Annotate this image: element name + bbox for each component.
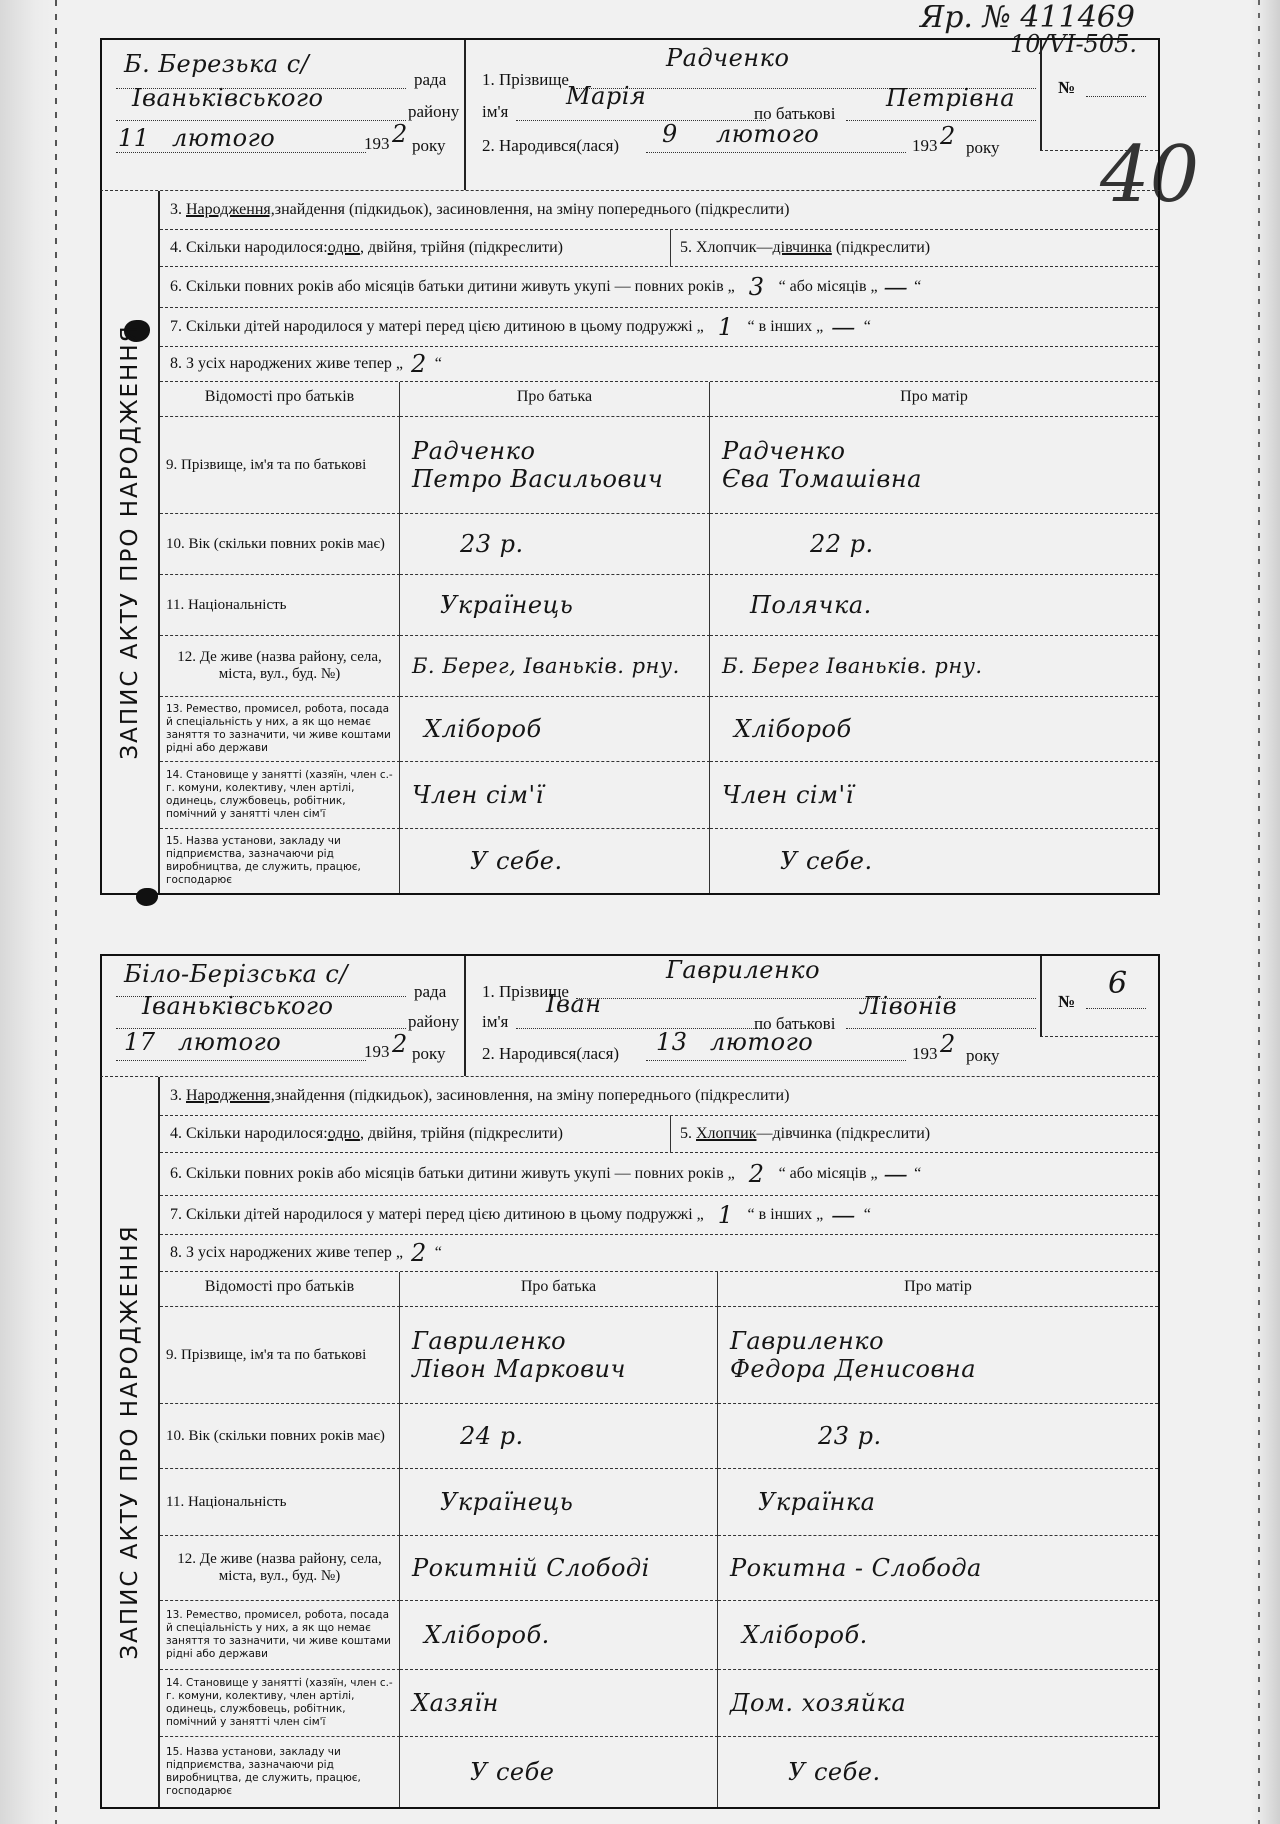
row-10-label: 10. Вік (скільки повних років має) [160, 1404, 400, 1469]
q7-row: 7. Скільки дітей народилося у матері пер… [160, 1196, 1158, 1235]
father-nationality: Українець [400, 575, 710, 636]
mother-workplace: У себе. [710, 829, 1158, 893]
child-info-block: 1. Прізвище Радченко ім'я Марія по батьк… [466, 40, 1042, 190]
mother-employment-status: Дом. хозяйка [718, 1670, 1158, 1737]
name-value: Марія [566, 82, 646, 110]
q3-options: знайдення (підкидьок), засиновлення, на … [275, 201, 790, 219]
q4-label: 4. Скільки народилося: [170, 1125, 328, 1143]
born-day: 13 [656, 1028, 688, 1056]
q8-label: 8. З усіх народжених живе тепер „ [170, 355, 403, 373]
page-right-edge [1250, 0, 1280, 1824]
child-info-block: 1. Прізвище Гавриленко ім'я Іван по бать… [466, 956, 1042, 1076]
registration-year-suffix: 2 [392, 1030, 408, 1058]
born-label: 2. Народився(лася) [482, 1044, 619, 1064]
q8-value: 2 [411, 1239, 427, 1267]
mother-nationality: Українка [718, 1469, 1158, 1536]
q8-quote: “ [435, 355, 442, 373]
parents-header-label: Відомості про батьків [160, 1272, 400, 1307]
q4-q5-row: 4. Скільки народилося: одно, двійня, трі… [160, 1116, 1158, 1153]
q7-other-value: — [831, 313, 856, 341]
record-header: Б. Березька с/ рада Іваньківського район… [100, 38, 1160, 190]
q3-number: 3. [170, 1087, 182, 1105]
q4-options: , двійня, трійня (підкреслити) [360, 239, 563, 257]
mother-age: 22 р. [710, 514, 1158, 575]
district-value: Іваньківського [132, 84, 323, 112]
registration-block: Б. Березька с/ рада Іваньківського район… [102, 40, 466, 190]
q5-label: 5. [680, 1125, 696, 1142]
registration-day: 11 [118, 124, 150, 152]
q7-value: 1 [718, 1201, 734, 1229]
q6-months-label: “ або місяців „ [779, 278, 878, 296]
mother-occupation: Хлібороб [710, 697, 1158, 762]
q6-quote: “ [914, 278, 921, 296]
q7-other-label: “ в інших „ [748, 1206, 824, 1224]
mother-nationality: Полячка. [710, 575, 1158, 636]
registration-day: 17 [124, 1028, 156, 1056]
mother-full-name: РадченкоЄва Томашівна [710, 417, 1158, 514]
father-workplace: У себе. [400, 829, 710, 893]
born-year-suffix: 2 [940, 1030, 956, 1058]
father-age: 24 р. [400, 1404, 718, 1469]
name-value: Іван [546, 990, 602, 1018]
record-header: Біло-Берізська с/ рада Іваньківського ра… [100, 954, 1160, 1076]
q6-years-value: 3 [749, 273, 765, 301]
surname-label: 1. Прізвище [482, 70, 569, 90]
q6-row: 6. Скільки повних років або місяців бать… [160, 267, 1158, 308]
father-employment-status: Член сім'ї [400, 762, 710, 829]
q3-row: 3. Народження, знайдення (підкидьок), за… [160, 1077, 1158, 1116]
q7-quote: “ [864, 1206, 871, 1224]
q4-selected: одно [328, 239, 360, 257]
registration-year-label: року [412, 136, 446, 156]
q5-selected: Хлопчик [696, 1125, 756, 1142]
q4-q5-row: 4. Скільки народилося: одно, двійня, трі… [160, 230, 1158, 267]
row-11-label: 11. Національність [160, 1469, 400, 1536]
q7-row: 7. Скільки дітей народилося у матері пер… [160, 308, 1158, 347]
q3-number: 3. [170, 201, 182, 219]
row-9-label: 9. Прізвище, ім'я та по батькові [160, 417, 400, 514]
q6-months-label: “ або місяців „ [779, 1165, 878, 1183]
row-10-label: 10. Вік (скільки повних років має) [160, 514, 400, 575]
council-label: рада [414, 982, 446, 1002]
registration-year-prefix: 193 [364, 1042, 390, 1062]
district-label: району [408, 102, 459, 122]
birth-record-1: Б. Березька с/ рада Іваньківського район… [100, 38, 1160, 895]
record-number-value: 6 [1108, 966, 1128, 1001]
q7-quote: “ [864, 318, 871, 336]
row-12-label: 12. Де живе (назва району, села, міста, … [160, 636, 400, 697]
registration-month: лютого [178, 1028, 281, 1056]
father-full-name: РадченкоПетро Васильович [400, 417, 710, 514]
name-label: ім'я [482, 102, 508, 122]
mother-age: 23 р. [718, 1404, 1158, 1469]
q3-selected: Народження, [186, 1087, 275, 1105]
born-year-suffix: 2 [940, 122, 956, 150]
q6-years-value: 2 [749, 1160, 765, 1188]
q7-other-label: “ в інших „ [748, 318, 824, 336]
mother-column-header: Про матір [718, 1272, 1158, 1307]
q3-row: 3. Народження, знайдення (підкидьок), за… [160, 191, 1158, 230]
born-day: 9 [662, 120, 678, 148]
q7-other-value: — [831, 1201, 856, 1229]
row-12-label: 12. Де живе (назва району, села, міста, … [160, 1536, 400, 1601]
q8-row: 8. З усіх народжених живе тепер „ 2 “ [160, 347, 1158, 382]
q5-selected: дівчинка [772, 239, 831, 256]
q4-options: , двійня, трійня (підкреслити) [360, 1125, 563, 1143]
birth-record-2: Біло-Берізська с/ рада Іваньківського ра… [100, 954, 1160, 1809]
side-title-text: ЗАПИС АКТУ ПРО НАРОДЖЕННЯ [117, 324, 143, 759]
born-year-prefix: 193 [912, 136, 938, 156]
record-number-box: № [1040, 40, 1158, 151]
q6-row: 6. Скільки повних років або місяців бать… [160, 1153, 1158, 1196]
father-residence: Рокитній Слободі [400, 1536, 718, 1601]
row-11-label: 11. Національність [160, 575, 400, 636]
record-body: ЗАПИС АКТУ ПРО НАРОДЖЕННЯ 3. Народження,… [100, 190, 1160, 895]
father-occupation: Хлібороб [400, 697, 710, 762]
q6-quote: “ [914, 1165, 921, 1183]
q8-label: 8. З усіх народжених живе тепер „ [170, 1244, 403, 1262]
q3-options: знайдення (підкидьок), засиновлення, на … [275, 1087, 790, 1105]
q6-label: 6. Скільки повних років або місяців бать… [170, 1165, 735, 1183]
surname-value: Гавриленко [666, 956, 820, 984]
q8-quote: “ [435, 1244, 442, 1262]
name-label: ім'я [482, 1012, 508, 1032]
father-column-header: Про батька [400, 382, 710, 417]
father-workplace: У себе [400, 1737, 718, 1807]
father-full-name: ГавриленкоЛівон Маркович [400, 1307, 718, 1404]
father-column-header: Про батька [400, 1272, 718, 1307]
mother-occupation: Хлібороб. [718, 1601, 1158, 1670]
row-13-label: 13. Ремество, промисел, робота, посада й… [160, 1601, 400, 1670]
row-13-label: 13. Ремество, промисел, робота, посада й… [160, 697, 400, 762]
record-number-box: № 6 [1040, 956, 1158, 1037]
council-label: рада [414, 70, 446, 90]
patronymic-value: Петрівна [886, 84, 1015, 112]
father-age: 23 р. [400, 514, 710, 575]
q4-label: 4. Скільки народилося: [170, 239, 328, 257]
born-label: 2. Народився(лася) [482, 136, 619, 156]
born-year-label: року [966, 138, 1000, 158]
parents-table: Відомості про батьків Про батька Про мат… [160, 1272, 1158, 1807]
record-body: ЗАПИС АКТУ ПРО НАРОДЖЕННЯ 3. Народження,… [100, 1076, 1160, 1809]
q6-label: 6. Скільки повних років або місяців бать… [170, 278, 735, 296]
row-15-label: 15. Назва установи, закладу чи підприємс… [160, 829, 400, 893]
side-title-text: ЗАПИС АКТУ ПРО НАРОДЖЕННЯ [117, 1224, 143, 1659]
registration-month: лютого [172, 124, 275, 152]
parents-table: Відомості про батьків Про батька Про мат… [160, 382, 1158, 893]
born-year-label: року [966, 1046, 1000, 1066]
row-14-label: 14. Становище у занятті (хазяїн, член с.… [160, 1670, 400, 1737]
council-value: Б. Березька с/ [124, 50, 309, 78]
district-value: Іваньківського [142, 992, 333, 1020]
council-value: Біло-Берізська с/ [124, 960, 348, 988]
q6-months-value: — [884, 273, 909, 301]
mother-full-name: ГавриленкоФедора Денисовна [718, 1307, 1158, 1404]
q5-options: —дівчинка (підкреслити) [756, 1125, 930, 1142]
born-year-prefix: 193 [912, 1044, 938, 1064]
page-left-edge [0, 0, 60, 1824]
district-label: району [408, 1012, 459, 1032]
father-nationality: Українець [400, 1469, 718, 1536]
mother-employment-status: Член сім'ї [710, 762, 1158, 829]
registration-year-prefix: 193 [364, 134, 390, 154]
father-occupation: Хлібороб. [400, 1601, 718, 1670]
father-residence: Б. Берег, Іваньків. рну. [400, 636, 710, 697]
parents-header-label: Відомості про батьків [160, 382, 400, 417]
q6-months-value: — [884, 1160, 909, 1188]
mother-column-header: Про матір [710, 382, 1158, 417]
q8-value: 2 [411, 350, 427, 378]
record-number-label: № [1058, 78, 1075, 98]
q5-options: (підкреслити) [832, 239, 930, 256]
q7-value: 1 [718, 313, 734, 341]
record-number-label: № [1058, 992, 1075, 1012]
row-9-label: 9. Прізвище, ім'я та по батькові [160, 1307, 400, 1404]
q8-row: 8. З усіх народжених живе тепер „ 2 “ [160, 1235, 1158, 1272]
registration-year-suffix: 2 [392, 120, 408, 148]
side-title: ЗАПИС АКТУ ПРО НАРОДЖЕННЯ [102, 191, 160, 893]
father-employment-status: Хазяїн [400, 1670, 718, 1737]
patronymic-value: Лівонів [860, 992, 957, 1020]
q5-label: 5. Хлопчик— [680, 239, 772, 256]
q7-label: 7. Скільки дітей народилося у матері пер… [170, 318, 704, 336]
mother-residence: Б. Берег Іваньків. рну. [710, 636, 1158, 697]
born-month: лютого [716, 120, 819, 148]
side-title: ЗАПИС АКТУ ПРО НАРОДЖЕННЯ [102, 1077, 160, 1807]
q7-label: 7. Скільки дітей народилося у матері пер… [170, 1206, 704, 1224]
born-month: лютого [710, 1028, 813, 1056]
registration-year-label: року [412, 1044, 446, 1064]
row-15-label: 15. Назва установи, закладу чи підприємс… [160, 1737, 400, 1807]
mother-residence: Рокитна - Слобода [718, 1536, 1158, 1601]
registration-block: Біло-Берізська с/ рада Іваньківського ра… [102, 956, 466, 1076]
q3-selected: Народження, [186, 201, 275, 219]
row-14-label: 14. Становище у занятті (хазяїн, член с.… [160, 762, 400, 829]
q4-selected: одно [328, 1125, 360, 1143]
surname-value: Радченко [666, 44, 789, 72]
mother-workplace: У себе. [718, 1737, 1158, 1807]
